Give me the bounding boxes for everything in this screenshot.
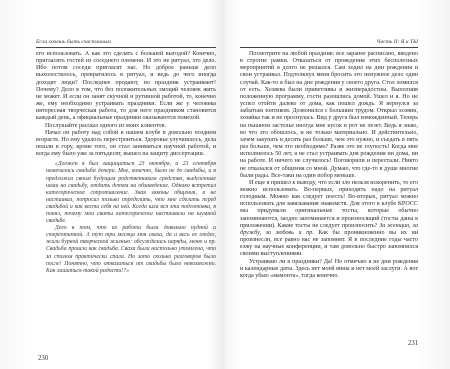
paragraph: Устраиваю ли я праздники? Да! Но отмечаю… [240, 259, 418, 280]
client-quote: «Должен я был защищаться 23 октября, а 2… [46, 161, 216, 275]
right-page: Часть II: Я и ТЫ Посмотрите на любой пра… [240, 38, 418, 280]
book-spread: Если хочешь быть счастливым его использо… [0, 0, 450, 369]
paragraph: И еще я пришел к выводу, что если зло не… [240, 180, 418, 259]
paragraph-text: И еще я пришел к выводу, что если зло не… [240, 180, 418, 229]
quote-paragraph: Дело в том, что их работа была довольно … [46, 225, 216, 275]
left-body-text: его использовать. А как это сделать с бо… [36, 51, 216, 158]
right-body-text: Посмотрите на любой праздник: все заране… [240, 51, 418, 280]
paragraph: Посмотрите на любой праздник: все заране… [240, 51, 418, 180]
running-head-left: Если хочешь быть счастливым [36, 38, 216, 48]
paragraph: его использовать. А как это сделать с бо… [36, 51, 216, 123]
page-number-left: 230 [38, 355, 48, 362]
running-head-right: Часть II: Я и ТЫ [240, 38, 418, 48]
quote-paragraph: «Должен я был защищаться 23 октября, а 2… [46, 161, 216, 225]
paragraph: Послушайте рассказ одного из моих клиент… [36, 123, 216, 130]
page-number-right: 231 [408, 340, 418, 347]
left-page: Если хочешь быть счастливым его использо… [36, 38, 216, 275]
paragraph: Начал он работу над собой в нашем клубе … [36, 130, 216, 159]
